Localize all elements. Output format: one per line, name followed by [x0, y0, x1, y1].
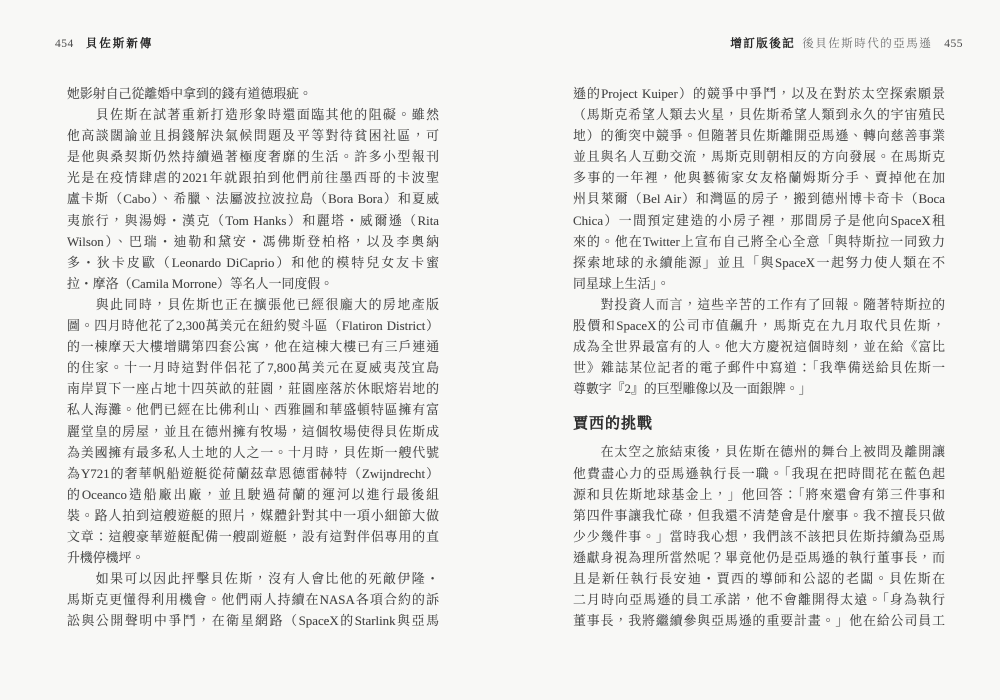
text-line: 馬斯克更懂得利用機會。他們兩人持續在NASA各項合約的訴	[67, 590, 439, 611]
text-line: 多・狄卡皮歐（Leonardo DiCaprio）和他的模特兒女友卡蜜	[67, 253, 439, 274]
text-line: 遜獻身視為理所當然呢？畢竟他仍是亞馬遜的執行董事長，而	[573, 548, 945, 569]
right-page-text: 遜的Project Kuiper）的競爭中爭鬥，以及在對於太空探索願景（馬斯克希…	[573, 84, 945, 632]
text-line: 南岸買下一座占地十四英畝的莊園，莊園座落於休眠熔岩地的	[67, 379, 439, 400]
text-line: 訟與公開聲明中爭鬥，在衛星網路（SpaceX的Starlink與亞馬	[67, 611, 439, 632]
page-number-right: 455	[944, 38, 963, 50]
text-line: 文章：這艘豪華遊艇配備一艘副遊艇，設有這對伴侶專用的直	[67, 527, 439, 548]
text-line: 如果可以因此抨擊貝佐斯，沒有人會比他的死敵伊隆・	[67, 569, 439, 590]
book-title: 貝佐斯新傳	[86, 38, 154, 50]
text-line: 盧卡斯（Cabo）、希臘、法屬波拉波拉島（Bora Bora）和夏威	[67, 189, 439, 210]
text-line: 同星球上生活」。	[573, 274, 945, 295]
text-line: 世》雜誌某位記者的電子郵件中寫道：「我準備送給貝佐斯一	[573, 358, 945, 379]
text-line: 第四件事讓我忙碌，但我還不清楚會是什麼事。我不擅長只做	[573, 506, 945, 527]
section-heading: 賈西的挑戰	[573, 414, 945, 435]
text-line: 為Y721的奢華帆船遊艇從荷蘭茲韋恩德雷赫特（Zwijndrecht）	[67, 464, 439, 485]
text-line: 尊數字『2』的巨型雕像以及一面銀牌。」	[573, 379, 945, 400]
text-line: 她影射自己從離婚中拿到的錢有道德瑕疵。	[67, 84, 439, 105]
chapter-title: 後貝佐斯時代的亞馬遜	[802, 38, 932, 50]
text-line: 為美國擁有最多私人土地的人之一。十月時，貝佐斯一艘代號	[67, 443, 439, 464]
afterword-label: 增訂版後記	[730, 38, 795, 50]
text-line: 升機停機坪。	[67, 548, 439, 569]
text-line: 與此同時，貝佐斯也正在擴張他已經很龐大的房地產版	[67, 295, 439, 316]
text-line: 成為全世界最富有的人。他大方慶祝這個時刻，並在給《富比	[573, 337, 945, 358]
text-line: 少少幾件事。」當時我心想，我們該不該把貝佐斯持續為亞馬	[573, 527, 945, 548]
text-line: 麗堂皇的房屋，並且在德州擁有牧場，這個牧場使得貝佐斯成	[67, 422, 439, 443]
text-line: 探索地球的永續能源」並且「與SpaceX一起努力使人類在不	[573, 253, 945, 274]
text-line: 遜的Project Kuiper）的競爭中爭鬥，以及在對於太空探索願景	[573, 84, 945, 105]
left-page-text: 她影射自己從離婚中拿到的錢有道德瑕疵。 貝佐斯在試著重新打造形象時還面臨其他的阻…	[67, 84, 439, 632]
text-line: Wilson）、巴瑞・迪勒和黛安・馮佛斯登柏格，以及李奧納	[67, 232, 439, 253]
text-line: 他費盡心力的亞馬遜執行長一職。「我現在把時間花在藍色起	[573, 464, 945, 485]
text-line: 且是新任執行長安迪・賈西的導師和公認的老闆。貝佐斯在	[573, 569, 945, 590]
text-line: 在太空之旅結束後，貝佐斯在德州的舞台上被問及離開讓	[573, 442, 945, 463]
right-page-text-before-heading: 遜的Project Kuiper）的競爭中爭鬥，以及在對於太空探索願景（馬斯克希…	[573, 84, 945, 400]
text-line: 貝佐斯在試著重新打造形象時還面臨其他的阻礙。雖然	[67, 105, 439, 126]
text-line: 對投資人而言，這些辛苦的工作有了回報。隨著特斯拉的	[573, 295, 945, 316]
text-line: 圖。四月時他花了2,300萬美元在紐約熨斗區（Flatiron District…	[67, 316, 439, 337]
text-line: 夷旅行，與湯姆・漢克（Tom Hanks）和麗塔・威爾遜（Rita	[67, 211, 439, 232]
text-line: 的一棟摩天大樓增購第四套公寓，他在這棟大樓已有三戶連通	[67, 337, 439, 358]
text-line: 州貝萊爾（Bel Air）和灣區的房子，搬到德州博卡奇卡（Boca	[573, 189, 945, 210]
right-page-text-after-heading: 在太空之旅結束後，貝佐斯在德州的舞台上被問及離開讓他費盡心力的亞馬遜執行長一職。…	[573, 442, 945, 632]
text-line: 是他與桑契斯仍然持續過著極度奢靡的生活。許多小型報刊	[67, 147, 439, 168]
text-line: 董事長，我將繼續參與亞馬遜的重要計畫。」他在給公司員工	[573, 611, 945, 632]
text-line: 並且與名人互動交流，馬斯克則朝相反的方向發展。在馬斯克	[573, 147, 945, 168]
text-line: Chica）一間預定建造的小房子裡，那間房子是他向SpaceX租	[573, 211, 945, 232]
running-header-right: 增訂版後記後貝佐斯時代的亞馬遜455	[730, 37, 963, 51]
page-number-left: 454	[55, 38, 74, 50]
text-line: 光是在疫情肆虐的2021年就跟拍到他們前往墨西哥的卡波聖	[67, 168, 439, 189]
book-spread: 454貝佐斯新傳 增訂版後記後貝佐斯時代的亞馬遜455 她影射自己從離婚中拿到的…	[0, 0, 1000, 700]
text-line: 裝。路人拍到這艘遊艇的照片，媒體針對其中一項小細節大做	[67, 506, 439, 527]
text-line: 來的。他在Twitter上宣布自己將全心全意「與特斯拉一同致力	[573, 232, 945, 253]
text-line: 源和貝佐斯地球基金上，」他回答：「將來還會有第三件事和	[573, 485, 945, 506]
text-line: 他高談闊論並且捐錢解決氣候問題及平等對待貧困社區，可	[67, 126, 439, 147]
text-line: （馬斯克希望人類去火星，貝佐斯希望人類到永久的宇宙殖民	[573, 105, 945, 126]
text-line: 的Oceanco造船廠出廠，並且駛過荷蘭的運河以進行最後組	[67, 485, 439, 506]
text-line: 股價和SpaceX的公司市值飆升，馬斯克在九月取代貝佐斯，	[573, 316, 945, 337]
text-line: 私人海灘。他們已經在比佛利山、西雅圖和華盛頓特區擁有富	[67, 400, 439, 421]
text-line: 的住家。十一月時這對伴侶花了7,800萬美元在夏威夷茂宜島	[67, 358, 439, 379]
text-line: 多事的一年裡，他與藝術家女友格蘭姆斯分手、賣掉他在加	[573, 168, 945, 189]
text-line: 地）的衝突中競爭。但隨著貝佐斯離開亞馬遜、轉向慈善事業	[573, 126, 945, 147]
running-header-left: 454貝佐斯新傳	[55, 37, 153, 51]
text-line: 二月時向亞馬遜的員工承諾，他不會離開得太遠。「身為執行	[573, 590, 945, 611]
text-line: 拉・摩洛（Camila Morrone）等名人一同度假。	[67, 274, 439, 295]
